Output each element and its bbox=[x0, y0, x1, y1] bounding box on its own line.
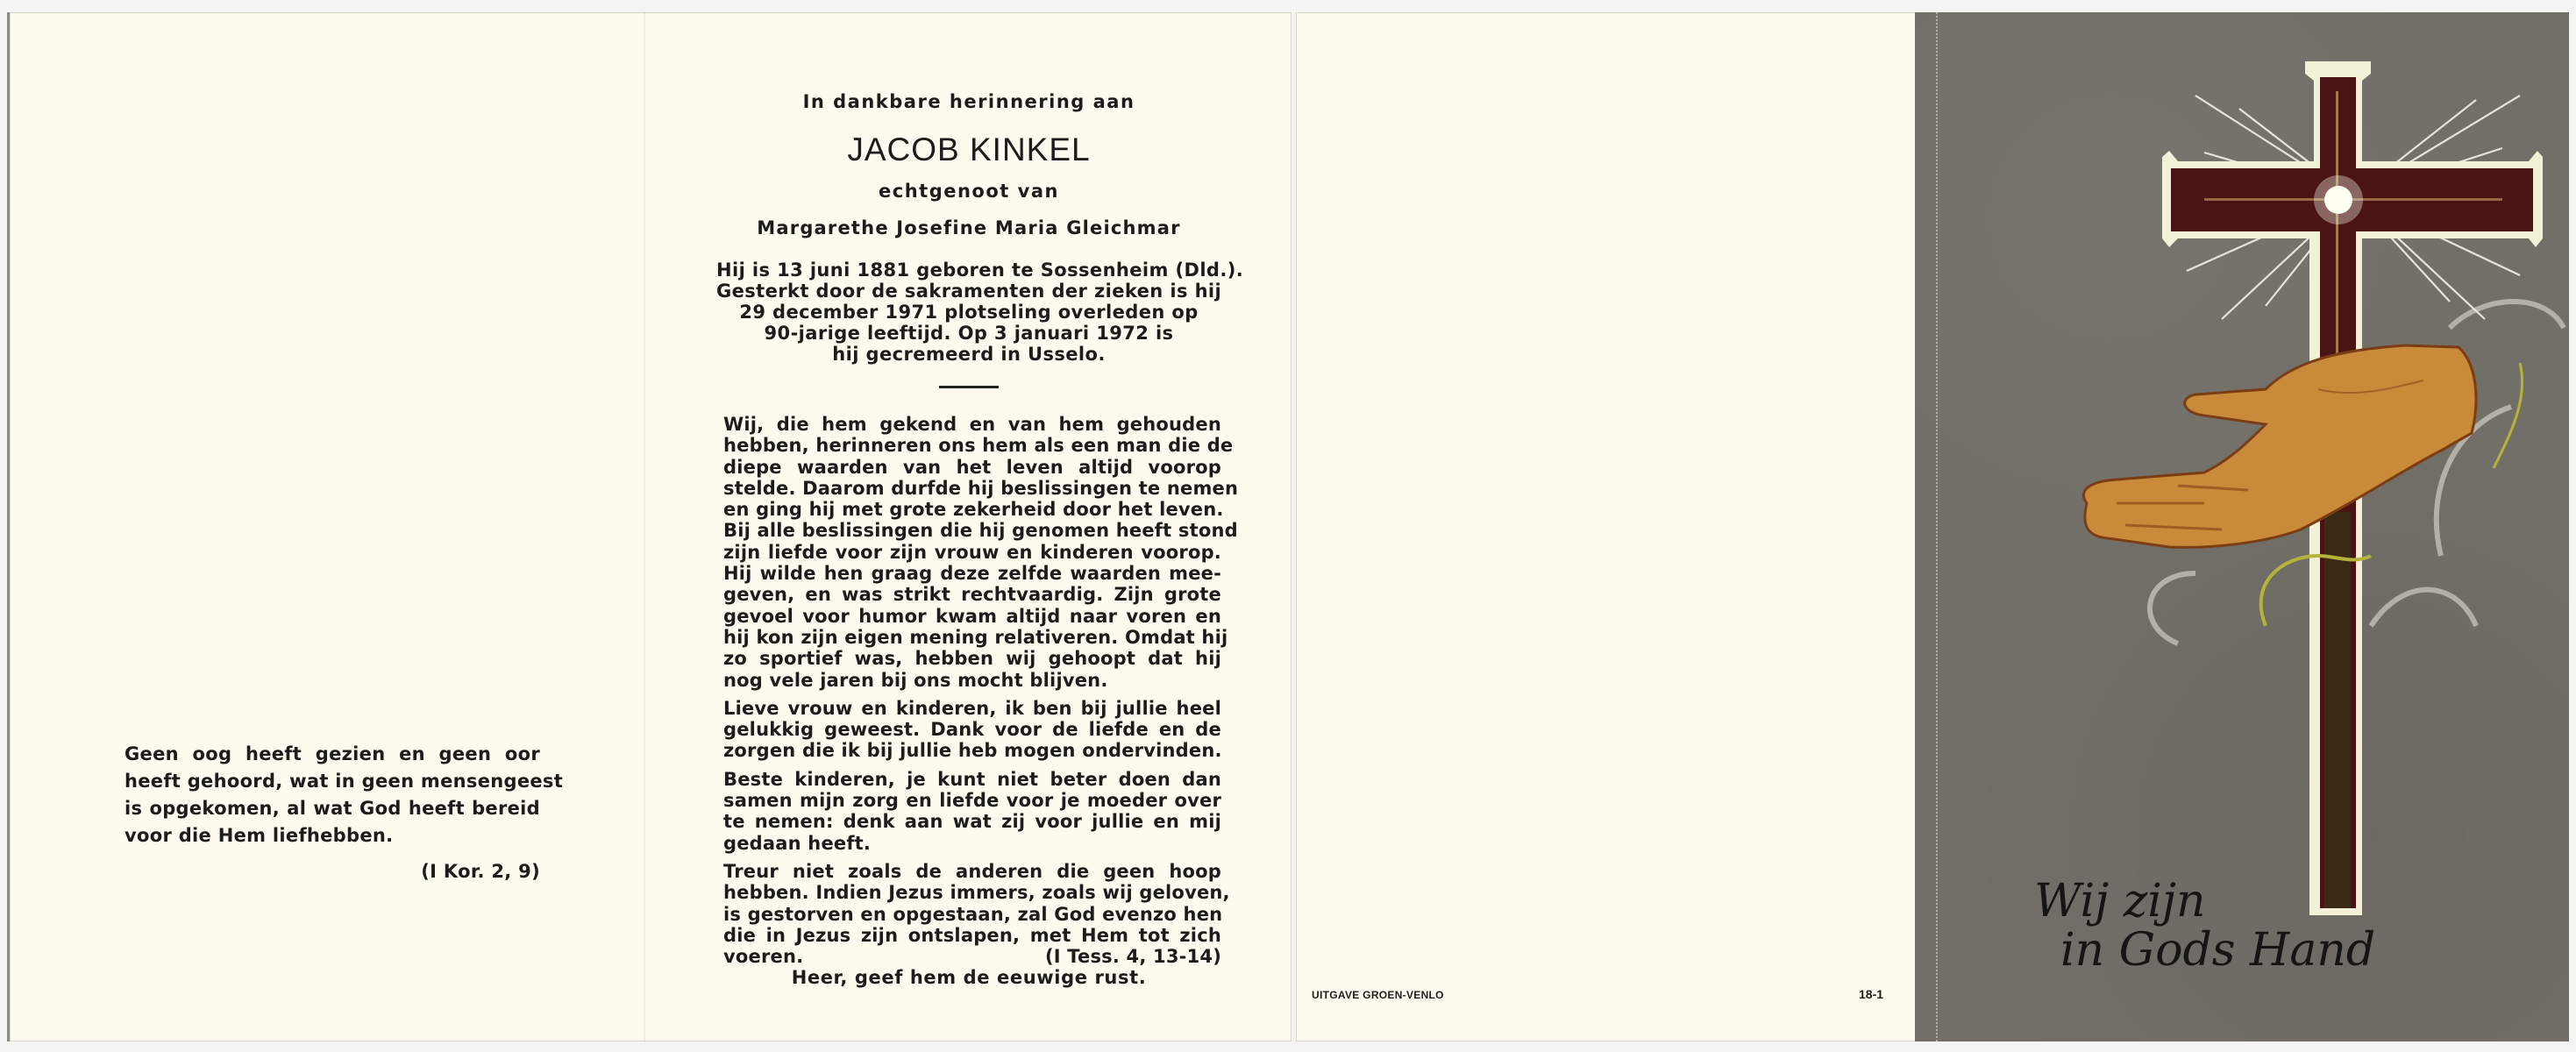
text-line: diepe waarden van het leven altijd vooro… bbox=[723, 457, 1221, 478]
text-line: zijn liefde voor zijn vrouw en kinderen … bbox=[723, 542, 1221, 563]
spouse-name: Margarethe Josefine Maria Gleichmar bbox=[716, 217, 1221, 238]
bio-line: hij gecremeerd in Usselo. bbox=[716, 344, 1221, 365]
text-line: nog vele jaren bij ons mocht blijven. bbox=[723, 670, 1221, 691]
text-line: gevoel voor humor kwam altijd naar voren… bbox=[723, 606, 1221, 627]
bio-line: 90-jarige leeftijd. Op 3 januari 1972 is bbox=[716, 323, 1221, 344]
text-line: hebben. Indien Jezus immers, zoals wij g… bbox=[723, 882, 1221, 903]
quote-line: is opgekomen, al wat God heeft bereid bbox=[125, 795, 540, 822]
text-line: gelukkig geweest. Dank voor de liefde en… bbox=[723, 719, 1221, 740]
divider-rule bbox=[939, 386, 999, 388]
text-line: samen mijn zorg en liefde voor je moeder… bbox=[723, 790, 1221, 811]
memorial-paragraph: Beste kinderen, je kunt niet beter doen … bbox=[723, 769, 1221, 854]
quote-line: Geen oog heeft gezien en geen oor bbox=[125, 741, 540, 768]
quote-line: voor die Hem liefhebben. bbox=[125, 822, 540, 849]
memorial-paragraph: Wij, die hem gekend en van hem gehoudenh… bbox=[723, 414, 1221, 691]
card-code: 18-1 bbox=[1859, 987, 1883, 1001]
text-line: stelde. Daarom durfde hij beslissingen t… bbox=[723, 478, 1221, 499]
bible-quote: Geen oog heeft gezien en geen oor heeft … bbox=[125, 741, 540, 885]
text-line: Hij wilde hen graag deze zelfde waarden … bbox=[723, 563, 1221, 584]
spouse-label: echtgenoot van bbox=[716, 181, 1221, 202]
text-line: hebben, herinneren ons hem als een man d… bbox=[723, 435, 1221, 456]
bio-line: 29 december 1971 plotseling overleden op bbox=[716, 302, 1221, 323]
text-line: hij kon zijn eigen mening relativeren. O… bbox=[723, 627, 1221, 648]
text-line: Wij, die hem gekend en van hem gehouden bbox=[723, 414, 1221, 435]
intro-text: In dankbare herinnering aan bbox=[716, 91, 1221, 112]
quote-reference: (I Kor. 2, 9) bbox=[125, 858, 540, 885]
memorial-paragraph: Treur niet zoals de anderen die geen hoo… bbox=[723, 861, 1221, 967]
cover-title-line: in Gods Hand bbox=[2025, 926, 2437, 975]
memorial-paragraph: Lieve vrouw en kinderen, ik ben bij jull… bbox=[723, 698, 1221, 762]
closing-prayer: Heer, geef hem de eeuwige rust. bbox=[716, 967, 1221, 988]
memorial-text: Wij, die hem gekend en van hem gehoudenh… bbox=[723, 414, 1221, 974]
cover-title-line: Wij zijn bbox=[2025, 877, 2437, 926]
quote-line: heeft gehoord, wat in geen mensengeest bbox=[125, 768, 540, 795]
scripture-line: voeren.(I Tess. 4, 13-14) bbox=[723, 946, 1221, 967]
bio-line: Hij is 13 juni 1881 geboren te Sossenhei… bbox=[716, 259, 1221, 281]
text-line: zo sportief was, hebben wij gehoopt dat … bbox=[723, 648, 1221, 669]
scripture-reference: (I Tess. 4, 13-14) bbox=[1045, 946, 1221, 967]
text-line: Lieve vrouw en kinderen, ik ben bij jull… bbox=[723, 698, 1221, 719]
fold-line bbox=[644, 12, 645, 1041]
text-line: voeren. bbox=[723, 946, 803, 967]
text-line: geven, en was strikt rechtvaardig. Zijn … bbox=[723, 584, 1221, 605]
deceased-name: JACOB KINKEL bbox=[716, 131, 1221, 168]
bio-line: Gesterkt door de sakramenten der zieken … bbox=[716, 281, 1221, 302]
cover-title: Wij zijn in Gods Hand bbox=[2025, 877, 2437, 975]
publisher-label: UITGAVE GROEN-VENLO bbox=[1312, 989, 1444, 1001]
text-line: te nemen: denk aan wat zij voor jullie e… bbox=[723, 811, 1221, 832]
biography: Hij is 13 juni 1881 geboren te Sossenhei… bbox=[716, 259, 1221, 365]
text-line: gedaan heeft. bbox=[723, 833, 1221, 854]
text-line: Treur niet zoals de anderen die geen hoo… bbox=[723, 861, 1221, 882]
text-line: Bij alle beslissingen die hij genomen he… bbox=[723, 520, 1221, 541]
text-line: die in Jezus zijn ontslapen, met Hem tot… bbox=[723, 925, 1221, 946]
text-line: is gestorven en opgestaan, zal God evenz… bbox=[723, 904, 1221, 925]
text-line: zorgen die ik bij jullie heb mogen onder… bbox=[723, 740, 1221, 761]
text-line: Beste kinderen, je kunt niet beter doen … bbox=[723, 769, 1221, 790]
text-line: en ging hij met grote zekerheid door het… bbox=[723, 499, 1221, 520]
